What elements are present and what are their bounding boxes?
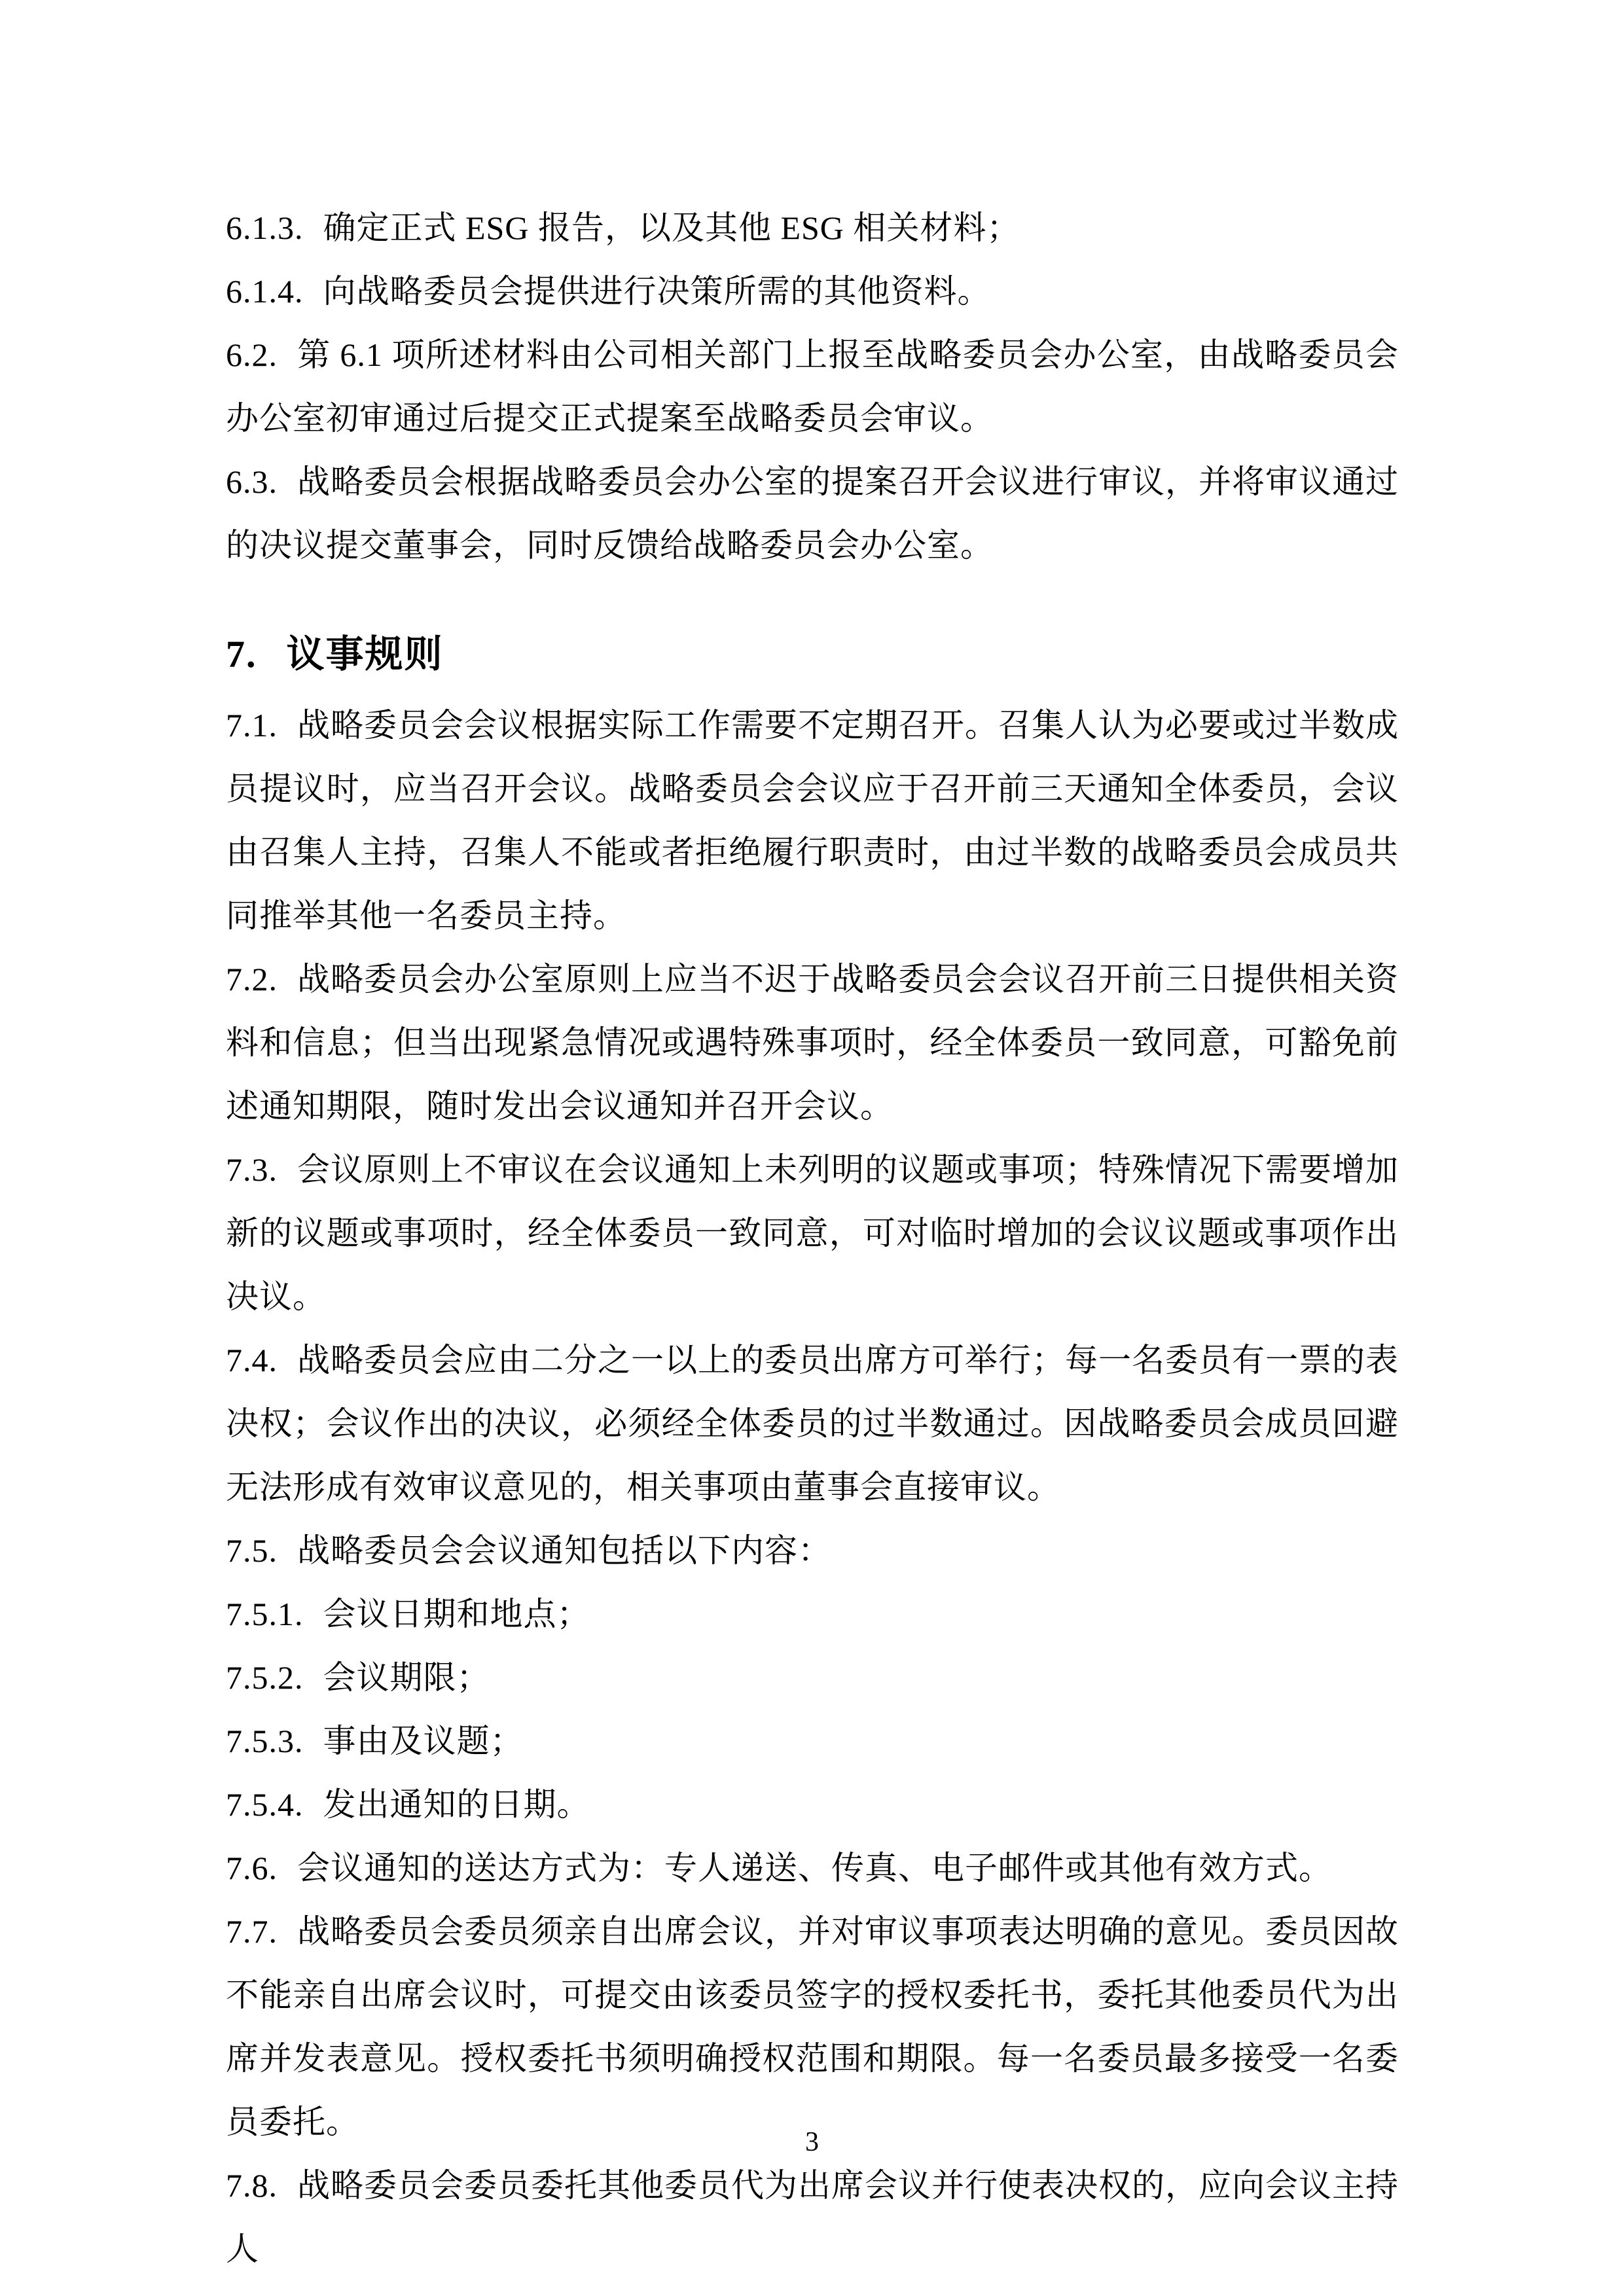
paragraph-text: 会议日期和地点； bbox=[323, 1596, 590, 1632]
paragraph-7-2: 7.2.战略委员会办公室原则上应当不迟于战略委员会会议召开前三日提供相关资料和信… bbox=[226, 948, 1399, 1138]
paragraph-number: 7.5.1. bbox=[226, 1596, 304, 1632]
paragraph-number: 7.7. bbox=[226, 1913, 278, 1950]
paragraph-number: 7.5.4. bbox=[226, 1786, 304, 1823]
paragraph-number: 6.3. bbox=[226, 463, 278, 500]
paragraph-text: 战略委员会办公室原则上应当不迟于战略委员会会议召开前三日提供相关资料和信息；但当… bbox=[226, 961, 1399, 1124]
paragraph-7-5-4: 7.5.4.发出通知的日期。 bbox=[226, 1773, 1399, 1837]
paragraph-7-5-2: 7.5.2.会议期限； bbox=[226, 1646, 1399, 1710]
document-body: 6.1.3.确定正式 ESG 报告，以及其他 ESG 相关材料； 6.1.4.向… bbox=[226, 196, 1399, 2281]
paragraph-number: 7.8. bbox=[226, 2167, 278, 2204]
paragraph-7-8: 7.8.战略委员会委员委托其他委员代为出席会议并行使表决权的，应向会议主持人 bbox=[226, 2154, 1399, 2281]
paragraph-text: 会议原则上不审议在会议通知上未列明的议题或事项；特殊情况下需要增加新的议题或事项… bbox=[226, 1151, 1399, 1315]
paragraph-text: 向战略委员会提供进行决策所需的其他资料。 bbox=[323, 273, 991, 310]
paragraph-7-7: 7.7.战略委员会委员须亲自出席会议，并对审议事项表达明确的意见。委员因故不能亲… bbox=[226, 1900, 1399, 2154]
paragraph-7-5-1: 7.5.1.会议日期和地点； bbox=[226, 1583, 1399, 1646]
page-number: 3 bbox=[0, 2126, 1624, 2159]
paragraph-number: 7.5. bbox=[226, 1532, 278, 1569]
paragraph-number: 7.6. bbox=[226, 1850, 278, 1886]
paragraph-number: 7.4. bbox=[226, 1342, 278, 1378]
paragraph-text: 事由及议题； bbox=[323, 1723, 524, 1759]
paragraph-7-4: 7.4.战略委员会应由二分之一以上的委员出席方可举行；每一名委员有一票的表决权；… bbox=[226, 1329, 1399, 1519]
paragraph-number: 6.1.3. bbox=[226, 209, 304, 246]
paragraph-text: 发出通知的日期。 bbox=[323, 1786, 590, 1823]
paragraph-number: 7.3. bbox=[226, 1151, 278, 1188]
paragraph-7-1: 7.1.战略委员会会议根据实际工作需要不定期召开。召集人认为必要或过半数成员提议… bbox=[226, 694, 1399, 948]
paragraph-text: 战略委员会根据战略委员会办公室的提案召开会议进行审议，并将审议通过的决议提交董事… bbox=[226, 463, 1399, 564]
paragraph-number: 7.1. bbox=[226, 707, 278, 744]
paragraph-text: 确定正式 ESG 报告，以及其他 ESG 相关材料； bbox=[323, 209, 1020, 246]
paragraph-text: 战略委员会会议通知包括以下内容： bbox=[297, 1532, 831, 1569]
paragraph-number: 7.2. bbox=[226, 961, 278, 997]
paragraph-6-2: 6.2.第 6.1 项所述材料由公司相关部门上报至战略委员会办公室，由战略委员会… bbox=[226, 323, 1399, 450]
paragraph-7-5-3: 7.5.3.事由及议题； bbox=[226, 1710, 1399, 1773]
paragraph-number: 7.5.2. bbox=[226, 1659, 304, 1696]
paragraph-text: 会议期限； bbox=[323, 1659, 490, 1696]
paragraph-number: 6.1.4. bbox=[226, 273, 304, 310]
paragraph-number: 6.2. bbox=[226, 336, 278, 373]
paragraph-text: 战略委员会委员委托其他委员代为出席会议并行使表决权的，应向会议主持人 bbox=[226, 2167, 1399, 2267]
paragraph-7-5: 7.5.战略委员会会议通知包括以下内容： bbox=[226, 1519, 1399, 1583]
paragraph-text: 战略委员会会议根据实际工作需要不定期召开。召集人认为必要或过半数成员提议时，应当… bbox=[226, 707, 1399, 934]
paragraph-7-3: 7.3.会议原则上不审议在会议通知上未列明的议题或事项；特殊情况下需要增加新的议… bbox=[226, 1138, 1399, 1329]
paragraph-6-1-4: 6.1.4.向战略委员会提供进行决策所需的其他资料。 bbox=[226, 260, 1399, 323]
paragraph-text: 战略委员会应由二分之一以上的委员出席方可举行；每一名委员有一票的表决权；会议作出… bbox=[226, 1342, 1399, 1505]
paragraph-6-1-3: 6.1.3.确定正式 ESG 报告，以及其他 ESG 相关材料； bbox=[226, 196, 1399, 260]
paragraph-text: 会议通知的送达方式为：专人递送、传真、电子邮件或其他有效方式。 bbox=[297, 1850, 1332, 1886]
paragraph-text: 战略委员会委员须亲自出席会议，并对审议事项表达明确的意见。委员因故不能亲自出席会… bbox=[226, 1913, 1399, 2140]
section-heading-number: 7. bbox=[226, 633, 257, 675]
document-page: 6.1.3.确定正式 ESG 报告，以及其他 ESG 相关材料； 6.1.4.向… bbox=[0, 0, 1624, 2296]
paragraph-7-6: 7.6.会议通知的送达方式为：专人递送、传真、电子邮件或其他有效方式。 bbox=[226, 1837, 1399, 1900]
section-heading: 7.议事规则 bbox=[226, 620, 1399, 689]
paragraph-6-3: 6.3.战略委员会根据战略委员会办公室的提案召开会议进行审议，并将审议通过的决议… bbox=[226, 450, 1399, 577]
paragraph-number: 7.5.3. bbox=[226, 1723, 304, 1759]
section-heading-title: 议事规则 bbox=[287, 633, 444, 675]
paragraph-text: 第 6.1 项所述材料由公司相关部门上报至战略委员会办公室，由战略委员会办公室初… bbox=[226, 336, 1399, 437]
